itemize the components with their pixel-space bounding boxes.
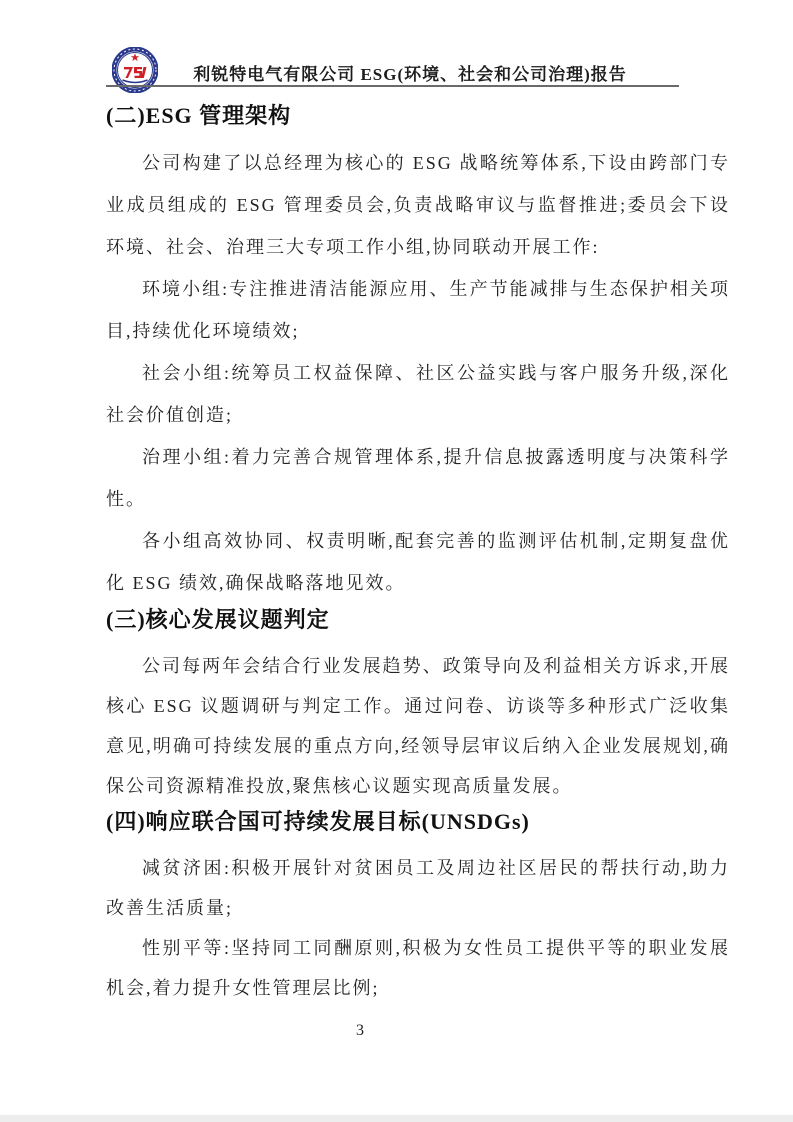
paragraph: 公司每两年会结合行业发展趋势、政策导向及利益相关方诉求,开展核心 ESG 议题调…: [106, 646, 730, 806]
paragraph: 各小组高效协同、权责明晰,配套完善的监测评估机制,定期复盘优化 ESG 绩效,确…: [106, 520, 730, 604]
paragraph: 环境小组:专注推进清洁能源应用、生产节能减排与生态保护相关项目,持续优化环境绩效…: [106, 268, 730, 352]
section-core-topics: (三)核心发展议题判定 公司每两年会结合行业发展趋势、政策导向及利益相关方诉求,…: [106, 604, 730, 806]
document-page: 利锐特电气有限公司 ESG(环境、社会和公司治理)报告 (二)ESG 管理架构 …: [0, 0, 793, 1122]
paragraph: 性别平等:坚持同工同酬原则,积极为女性员工提供平等的职业发展机会,着力提升女性管…: [106, 928, 730, 1008]
section-esg-governance: (二)ESG 管理架构 公司构建了以总经理为核心的 ESG 战略统筹体系,下设由…: [106, 100, 730, 604]
paragraph: 社会小组:统筹员工权益保障、社区公益实践与客户服务升级,深化社会价值创造;: [106, 352, 730, 436]
paragraph: 减贫济困:积极开展针对贫困员工及周边社区居民的帮扶行动,助力改善生活质量;: [106, 848, 730, 928]
header-divider: [106, 85, 679, 87]
paragraph: 治理小组:着力完善合规管理体系,提升信息披露透明度与决策科学性。: [106, 436, 730, 520]
page-number: 3: [0, 1022, 720, 1040]
header-title: 利锐特电气有限公司 ESG(环境、社会和公司治理)报告: [130, 60, 690, 85]
page-bottom-edge: [0, 1115, 793, 1122]
section-heading: (二)ESG 管理架构: [106, 100, 730, 132]
paragraph: 公司构建了以总经理为核心的 ESG 战略统筹体系,下设由跨部门专业成员组成的 E…: [106, 142, 730, 268]
section-unsdgs: (四)响应联合国可持续发展目标(UNSDGs) 减贫济困:积极开展针对贫困员工及…: [106, 806, 730, 1008]
document-content: (二)ESG 管理架构 公司构建了以总经理为核心的 ESG 战略统筹体系,下设由…: [106, 100, 730, 1008]
section-heading: (三)核心发展议题判定: [106, 604, 730, 636]
section-heading: (四)响应联合国可持续发展目标(UNSDGs): [106, 806, 730, 838]
